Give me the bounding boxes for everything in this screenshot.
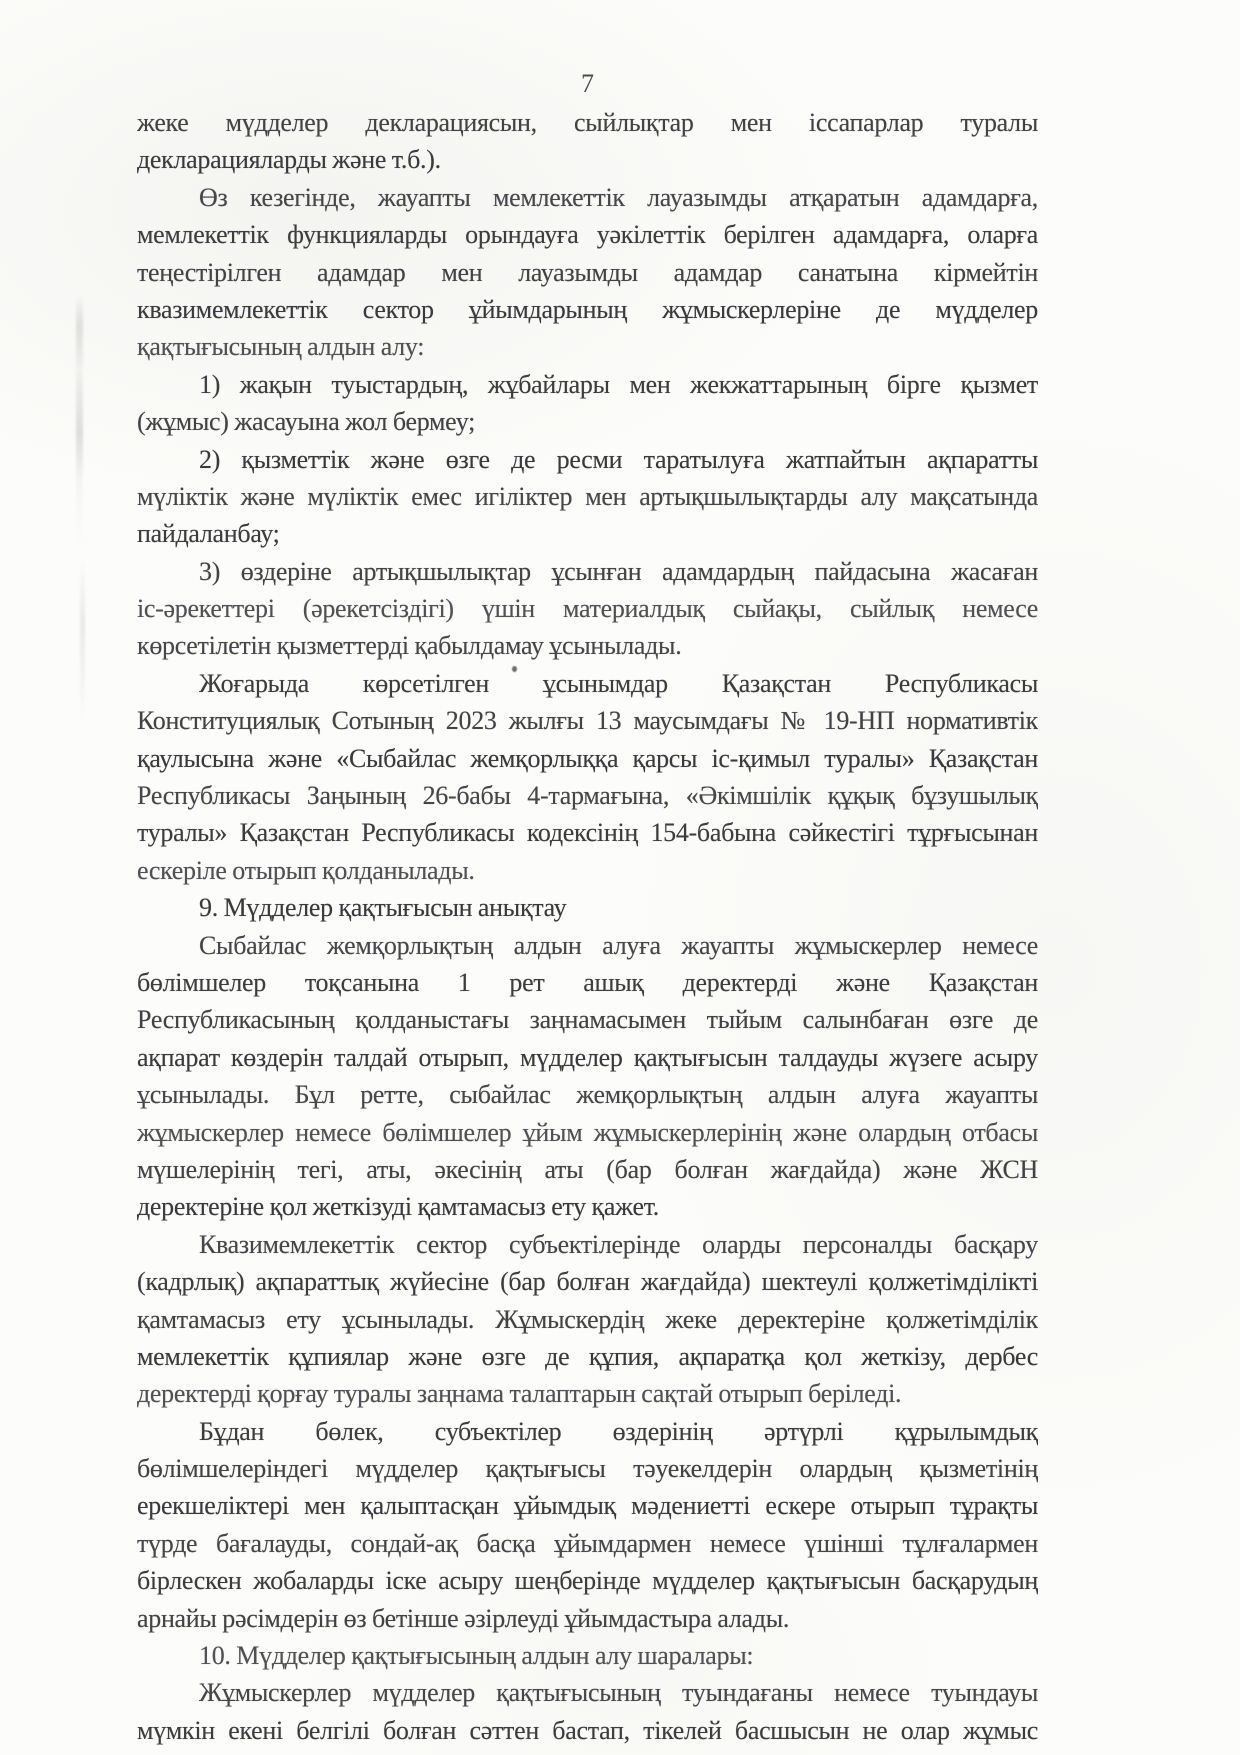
text-line: (жұмыс) жасауына жол бермеу; bbox=[137, 403, 1038, 440]
text-line: түрде бағалауды, сондай-ақ басқа ұйымдар… bbox=[137, 1525, 1038, 1562]
text-line: 3) өздеріне артықшылықтар ұсынған адамда… bbox=[137, 553, 1038, 590]
text-line: деректеріне қол жеткізуді қамтамасыз ету… bbox=[137, 1188, 1038, 1225]
text-line: Бұдан бөлек, субъектілер өздерінің әртүр… bbox=[137, 1413, 1038, 1450]
text-line: арнайы рәсімдерін өз бетінше әзірлеуді ұ… bbox=[137, 1600, 1038, 1637]
text-line: қақтығысының алдын алу: bbox=[137, 328, 1038, 365]
text-lines: жеке мүдделер декларациясын, сыйлықтар м… bbox=[137, 104, 1038, 1749]
text-line: 2) қызметтік және өзге де ресми таратылу… bbox=[137, 441, 1038, 478]
scan-smudge-artifact bbox=[76, 295, 83, 545]
text-line: Сыбайлас жемқорлықтың алдын алуға жауапт… bbox=[137, 927, 1038, 964]
text-line: мүшелерінің тегі, аты, әкесінің аты (бар… bbox=[137, 1151, 1038, 1188]
text-line: квазимемлекеттік сектор ұйымдарының жұмы… bbox=[137, 291, 1038, 328]
text-line: ұсынылады. Бұл ретте, сыбайлас жемқорлық… bbox=[137, 1076, 1038, 1113]
text-line: жұмыскерлер немесе бөлімшелер ұйым жұмыс… bbox=[137, 1114, 1038, 1151]
text-line: Өз кезегінде, жауапты мемлекеттік лауазы… bbox=[137, 179, 1038, 216]
text-line: теңестірілген адамдар мен лауазымды адам… bbox=[137, 254, 1038, 291]
text-line: пайдаланбау; bbox=[137, 515, 1038, 552]
text-line: Республикасы Заңының 26-бабы 4-тармағына… bbox=[137, 777, 1038, 814]
text-line: Конституциялық Сотының 2023 жылғы 13 мау… bbox=[137, 702, 1038, 739]
text-line: көрсетілетін қызметтерді қабылдамау ұсын… bbox=[137, 627, 1038, 664]
text-line: Жоғарыда көрсетілген ұсынымдар Қазақстан… bbox=[137, 665, 1038, 702]
text-line: іс-әрекеттері (әрекетсіздігі) үшін матер… bbox=[137, 590, 1038, 627]
text-line: туралы» Қазақстан Республикасы кодексіні… bbox=[137, 814, 1038, 851]
text-line: бірлескен жобаларды іске асыру шеңберінд… bbox=[137, 1562, 1038, 1599]
text-line: деректерді қорғау туралы заңнама талапта… bbox=[137, 1375, 1038, 1412]
text-line: бөлімшелер тоқсанына 1 рет ашық деректер… bbox=[137, 964, 1038, 1001]
text-line: Республикасының қолданыстағы заңнамасыме… bbox=[137, 1001, 1038, 1038]
text-line: 9. Мүдделер қақтығысын анықтау bbox=[137, 889, 1038, 926]
text-line: ақпарат көздерін талдай отырып, мүдделер… bbox=[137, 1039, 1038, 1076]
text-line: бөлімшелеріндегі мүдделер қақтығысы тәуе… bbox=[137, 1450, 1038, 1487]
text-line: декларацияларды және т.б.). bbox=[137, 141, 1038, 178]
text-line: (кадрлық) ақпараттық жүйесіне (бар болға… bbox=[137, 1263, 1038, 1300]
text-line: мүмкін екені белгілі болған сәттен баста… bbox=[137, 1712, 1038, 1749]
text-line: мемлекеттік функцияларды орындауға уәкіл… bbox=[137, 216, 1038, 253]
text-line: ескеріле отырып қолданылады. bbox=[137, 852, 1038, 889]
page-number: 7 bbox=[137, 66, 1038, 102]
text-line: Жұмыскерлер мүдделер қақтығысының туында… bbox=[137, 1674, 1038, 1711]
text-line: мемлекеттік құпиялар және өзге де құпия,… bbox=[137, 1338, 1038, 1375]
scan-smudge-artifact bbox=[80, 560, 85, 720]
text-line: ерекшеліктері мен қалыптасқан ұйымдық мә… bbox=[137, 1487, 1038, 1524]
text-line: жеке мүдделер декларациясын, сыйлықтар м… bbox=[137, 104, 1038, 141]
text-line: 1) жақын туыстардың, жұбайлары мен жекжа… bbox=[137, 366, 1038, 403]
scanned-document-page: 7 жеке мүдделер декларациясын, сыйлықтар… bbox=[0, 0, 1240, 1755]
text-line: Квазимемлекеттік сектор субъектілерінде … bbox=[137, 1226, 1038, 1263]
text-line: қамтамасыз ету ұсынылады. Жұмыскердің же… bbox=[137, 1301, 1038, 1338]
text-line: қаулысына және «Сыбайлас жемқорлыққа қар… bbox=[137, 740, 1038, 777]
text-line: 10. Мүдделер қақтығысының алдын алу шара… bbox=[137, 1637, 1038, 1674]
text-line: мүліктік және мүліктік емес игіліктер ме… bbox=[137, 478, 1038, 515]
